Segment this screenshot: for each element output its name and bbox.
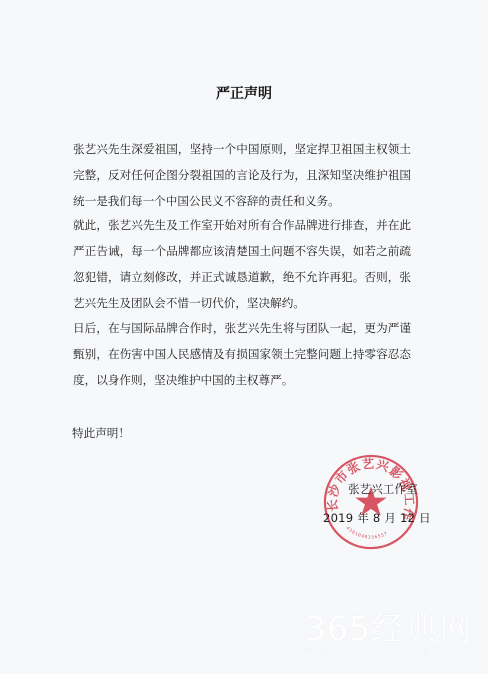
paragraph-1-text: 张艺兴先生深爱祖国，坚持一个中国原则，坚定捍卫祖国主权领土完整，反对任何企图分裂… <box>51 136 411 214</box>
paragraph-2-text: 就此，张艺兴先生及工作室开始对所有合作品牌进行排查，并在此严正告诫，每一个品牌都… <box>51 212 411 316</box>
paragraph-3-text: 日后，在与国际品牌合作时，张艺兴先生将与团队一起，更为严谨甄别，在伤害中国人民感… <box>51 315 411 393</box>
site-watermark: 365经典网 WWW.365J.COM <box>305 612 473 656</box>
signature-studio-name: 张艺兴工作室 <box>348 481 418 497</box>
watermark-url-text: WWW.365J.COM <box>305 646 473 656</box>
paragraph-2: 就此，张艺兴先生及工作室开始对所有合作品牌进行排查，并在此严正告诫，每一个品牌都… <box>51 212 411 316</box>
official-seal-icon: 长沙市张艺兴影视工作室 4301040156557 <box>322 453 420 551</box>
document-title: 严正声明 <box>0 83 488 103</box>
signature-date: 2019 年 8 月 12 日 <box>323 510 431 526</box>
svg-text:4301040156557: 4301040156557 <box>345 525 389 540</box>
statement-page: 严正声明 张艺兴先生深爱祖国，坚持一个中国原则，坚定捍卫祖国主权领土完整，反对任… <box>0 0 488 674</box>
paragraph-1: 张艺兴先生深爱祖国，坚持一个中国原则，坚定捍卫祖国主权领土完整，反对任何企图分裂… <box>51 136 411 214</box>
watermark-main-text: 365经典网 <box>305 612 473 646</box>
paragraph-3: 日后，在与国际品牌合作时，张艺兴先生将与团队一起，更为严谨甄别，在伤害中国人民感… <box>51 315 411 393</box>
closing-line: 特此声明！ <box>72 425 130 441</box>
